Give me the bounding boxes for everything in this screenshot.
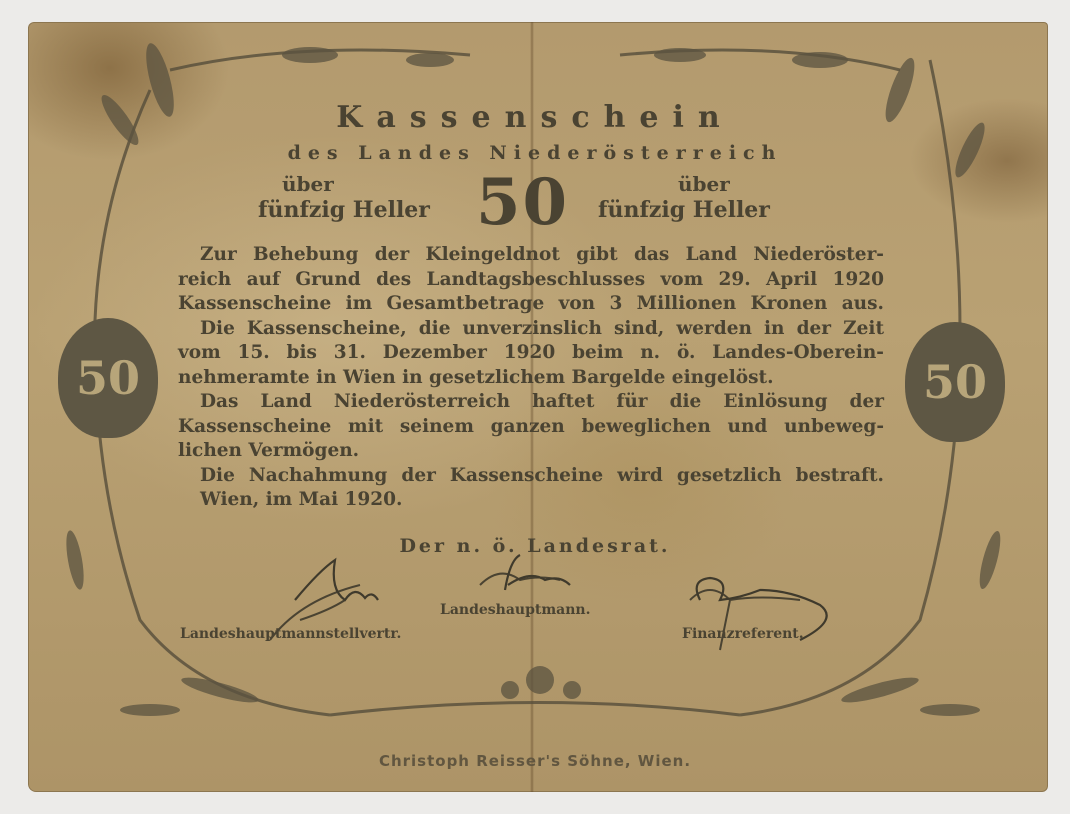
signature-title-finance-officer: Finanzreferent. [682,626,804,642]
printer-imprint: Christoph Reisser's Söhne, Wien. [0,752,1070,770]
signature-title-deputy-governor: Landeshauptmannstellvertr. [180,626,401,642]
signature-title-governor: Landeshauptmann. [440,602,590,618]
handwritten-signatures [0,0,1070,814]
